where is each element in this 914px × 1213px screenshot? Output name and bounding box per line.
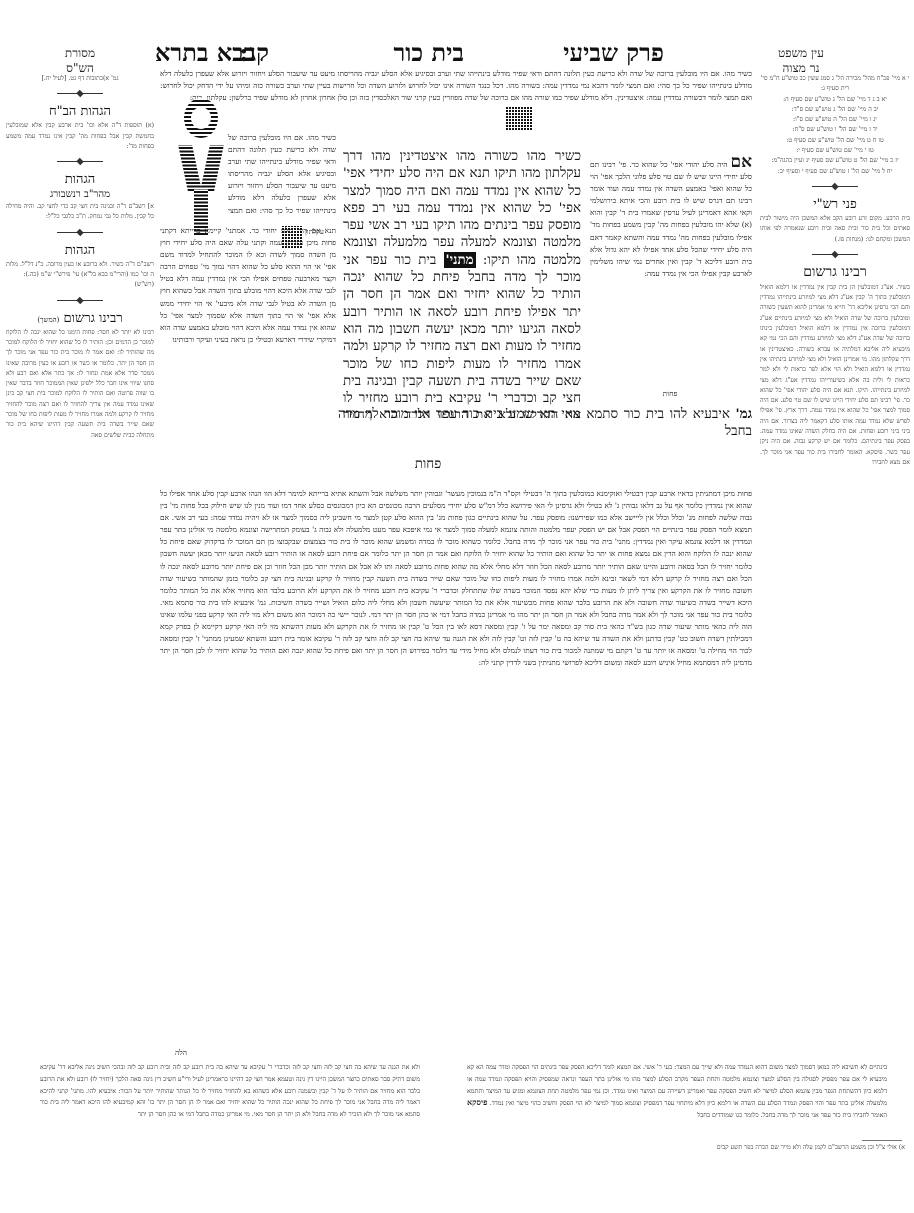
tosafot-right-column: אם היה סלע יהודי אפי' כל שהוא כר. פי' רב…	[590, 156, 752, 386]
ein-mishpat-entry: יח ל מיי' שם הל' ז טוש"ע שם סעיף י וסעיף…	[760, 167, 910, 177]
ornamental-divider	[57, 158, 103, 165]
gemara-text-part1: כשיר מהו כשורה מהו איצטדינין מהו דרך עקל…	[343, 149, 581, 268]
footnote-rule	[862, 1140, 902, 1141]
mishnah-text: בית כור עפר אני מוכר לך מדה בחבל פיחת כל…	[343, 253, 581, 418]
rashbam-main-block: פחות מיכן דמתניתין בדאיו ארבע קבין דבטיל…	[160, 488, 752, 1040]
tosafot-bottom-right-text: בינתיים לא חשיבא ליה כמאן דסמוך למצר משו…	[467, 1064, 887, 1107]
piska-text: האומר לחבירו בית כור עפר אני מוכר לך מדה…	[697, 1112, 887, 1119]
tosafot-bottom-left: ולא את הגנה עד שיהא בה חצי קב לזה וחצי ק…	[40, 1062, 420, 1134]
ein-mishpat-entry: י א מיי' פכ"ח מהל' מכירה הל' ג סמג עשין …	[760, 74, 910, 95]
rabbeinu-gershom-left-title: רבינו גרשום (המשך)	[6, 310, 154, 326]
hagahot-habach-title: הגהות הב"ח	[6, 103, 154, 119]
footnote-text: א) אולי צ"ל וכן משמע הרשב"ם לקמן עלה ולא…	[560, 1143, 905, 1153]
ornament-letter-vav-circle	[184, 98, 218, 138]
tractate-name: בבא בתרא	[155, 38, 255, 68]
gemara-main-text: כשיר מהו כשורה מהו איצטדינין מהו דרך עקל…	[343, 148, 581, 418]
mishnah-marker: מתני'	[444, 252, 476, 268]
ornamental-divider	[57, 90, 103, 97]
ein-mishpat-entry: טז י מיי' שם טוש"ע שם סעיף י:	[760, 146, 910, 156]
ein-mishpat-entry: יז כ מיי' שם הל' ט טוש"ע שם סעיף יג ועיי…	[760, 156, 910, 166]
masoret-entry: גמ' א)כתובות דף נט. [לעיל יח.]	[6, 74, 154, 84]
hagahot-habach-text: (א) תוספות ד"ה אלא וכו' בית ארבע קבין אל…	[6, 121, 154, 152]
pnei-rashi-text: בית הרבע. מקום זרע רובע הקב אלא המשכן הי…	[760, 214, 910, 245]
ein-mishpat-list: י א מיי' פכ"ח מהל' מכירה הל' ג סמג עשין …	[760, 74, 910, 177]
hagahot-maharab-subtitle: מהר"ב רנשבורג	[6, 189, 154, 200]
piska-label: פיסקא	[467, 1097, 487, 1107]
hagahot-2-text: רשב"ם ד"ה כשיר. ולא ברובע או כעין מרובה.…	[6, 260, 154, 281]
rashbam-upper-column: תנא אם היה סלע יחודי כר. אמתני' קיימא בר…	[160, 225, 336, 485]
ornamental-divider	[57, 297, 103, 304]
tosafot-right-text: היה סלע יהודי אפי' כל שהוא כר. פי' רבינו…	[590, 160, 752, 278]
hagahot-maharab-title: הגהות	[6, 171, 154, 187]
rabbeinu-gershom-right-title: רבינו גרשום	[760, 264, 910, 281]
left-margin-column: גמ' א)כתובות דף נט. [לעיל יח.] הגהות הב"…	[6, 74, 154, 968]
rabbeinu-gershom-continued-note: (המשך)	[37, 316, 59, 324]
ornamental-divider	[812, 251, 858, 258]
tosafot-lead-word: אם	[730, 156, 752, 172]
rabbeinu-gershom-left-text: רבינו לא יותר לא חסר: פחות הימנו כל שהוא…	[6, 328, 154, 968]
ein-mishpat-entry: טו ח ט מיי' שם הל' טוש"ע שם סעיף ט:	[760, 136, 910, 146]
ein-mishpat-entry: יד ז מיי' שם הל' ו טוש"ע שם ס"ח:	[760, 125, 910, 135]
rabbeinu-gershom-title-text: רבינו גרשום	[64, 311, 123, 326]
rashbam-end-word: הלה	[175, 1047, 187, 1059]
ornamental-divider	[812, 183, 858, 190]
ornament-grid-block	[506, 106, 532, 130]
ein-mishpat-entry: יג ו מיי' שם הל' ה טוש"ע שם ס"ו:	[760, 115, 910, 125]
masoret-hashas-heading: מסורת הש"ס	[50, 46, 110, 76]
tosafot-right-end: פחות	[620, 388, 720, 400]
masoret-title-line1: מסורת	[50, 46, 110, 61]
tosafot-top-block: כשיר מהו. אם היו מובלעין ברוכה של שדה ול…	[160, 68, 752, 128]
pnei-rashi-title: פני רש"י	[760, 196, 910, 212]
hagahot-2-title: הגהות	[6, 242, 154, 258]
chapter-number: פרק שביעי	[563, 38, 664, 68]
rabbeinu-gershom-right-text: כשיר. אע"ג דמובלעין הן בית קבין אין נמדד…	[760, 283, 910, 883]
gemara-end-word: פחות	[398, 456, 458, 473]
ornamental-divider	[57, 229, 103, 236]
tosafot-continuation-text: כשיר מהו. אם היו מובלעין ברוכה של שדה ול…	[228, 133, 336, 216]
tosafot-continuation-left: כשיר מהו. אם היו מובלעין ברוכה של שדה ול…	[228, 132, 336, 216]
ein-mishpat-heading: עין משפט נר מצוה	[766, 46, 836, 76]
gemara-marker: גמ'	[736, 406, 752, 422]
ein-mishpat-entry: יב ה מיי' שם הל' ג טוש"ע שם ס"ד:	[760, 105, 910, 115]
right-margin-column: י א מיי' פכ"ח מהל' מכירה הל' ג סמג עשין …	[760, 74, 910, 883]
ein-mishpat-entry: יא ב ג ד מיי' שם הל' ג טוש"ע שם סעיף ה:	[760, 95, 910, 105]
ein-mishpat-title-line1: עין משפט	[766, 46, 836, 61]
hagahot-maharab-text: א] רשב"ם ד"ה ובגינה בית חצי קב כדי לחצי …	[6, 202, 154, 223]
gemara-wide-lines: גמ' איבעיא להו בית כור סתמא מאי תא שמע ב…	[338, 406, 752, 458]
chapter-name: בית כור	[393, 38, 464, 68]
ornament-letter-tet	[183, 145, 219, 235]
tosafot-bottom-right: בינתיים לא חשיבא ליה כמאן דסמוך למצר משו…	[467, 1062, 887, 1134]
gemara-question-text: איבעיא להו בית כור סתמא מאי תא שמע בית כ…	[338, 407, 752, 439]
hagahot-2-source: (רש"ש)	[6, 280, 154, 290]
